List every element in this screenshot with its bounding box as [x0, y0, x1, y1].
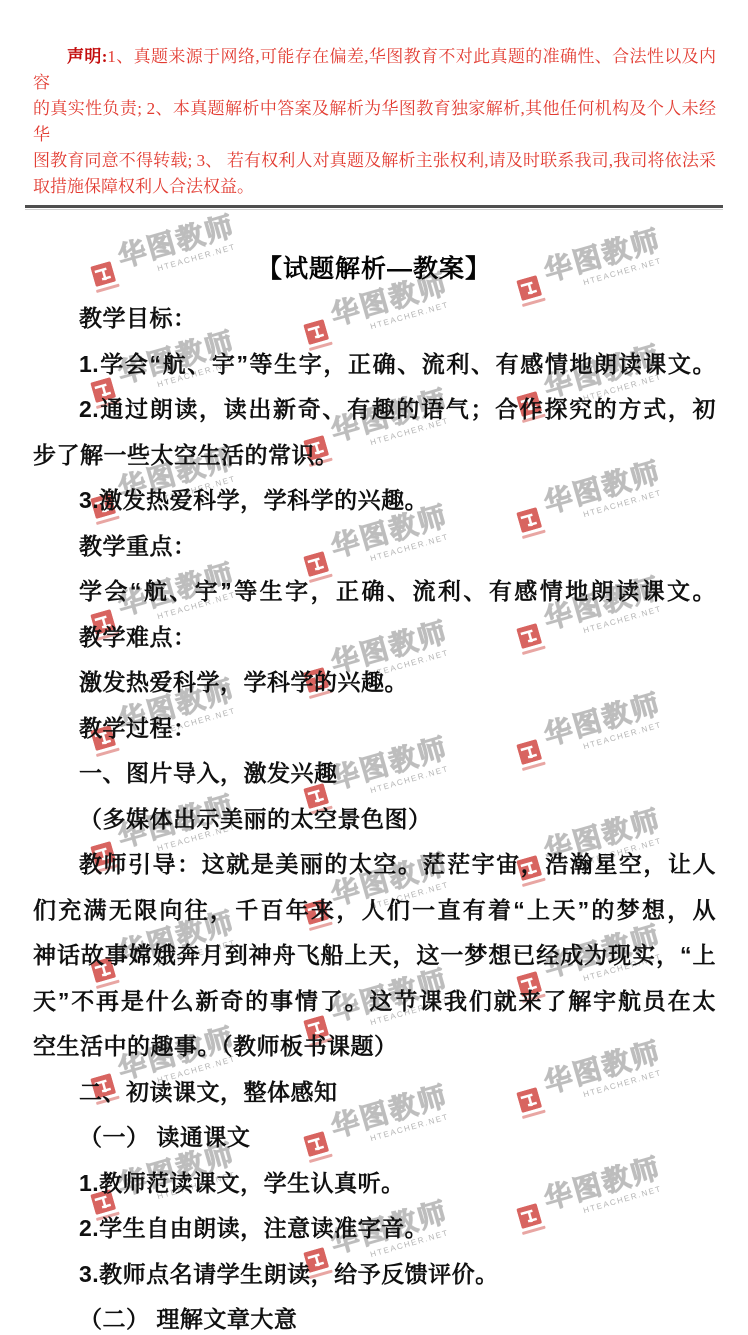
- body-line: 二、初读课文，整体感知: [33, 1070, 716, 1116]
- body-line: （多媒体出示美丽的太空景色图）: [33, 797, 716, 843]
- disclaimer-line: 的真实性负责; 2、本真题解析中答案及解析为华图教育独家解析,其他任何机构及个人…: [33, 96, 716, 148]
- disclaimer-line: 声明:1、真题来源于网络,可能存在偏差,华图教育不对此真题的准确性、合法性以及内…: [33, 44, 716, 96]
- body-line: 教学难点：: [33, 615, 716, 661]
- body-line: 学会“航、宇”等生字，正确、流利、有感情地朗读课文。: [33, 569, 716, 615]
- body-line: 2.通过朗读，读出新奇、有趣的语气；合作探究的方式，初: [33, 387, 716, 433]
- disclaimer-block: 声明:1、真题来源于网络,可能存在偏差,华图教育不对此真题的准确性、合法性以及内…: [33, 44, 716, 200]
- body-line: 2.学生自由朗读，注意读准字音。: [33, 1206, 716, 1252]
- body-line: 教学过程：: [33, 706, 716, 752]
- body-line: 教师引导：这就是美丽的太空。茫茫宇宙，浩瀚星空，让人: [33, 842, 716, 888]
- body-block: 教学目标：1.学会“航、宇”等生字，正确、流利、有感情地朗读课文。2.通过朗读，…: [33, 296, 716, 1335]
- body-line: 们充满无限向往，千百年来，人们一直有着“上天”的梦想，从: [33, 888, 716, 934]
- body-line: 教学目标：: [33, 296, 716, 342]
- disclaimer-line: 图教育同意不得转载; 3、 若有权利人对真题及解析主张权利,请及时联系我司,我司…: [33, 148, 716, 174]
- body-line: 激发热爱科学，学科学的兴趣。: [33, 660, 716, 706]
- disclaimer-label: 声明:: [67, 47, 107, 66]
- body-line: 3.激发热爱科学，学科学的兴趣。: [33, 478, 716, 524]
- body-line: 天”不再是什么新奇的事情了。这节课我们就来了解宇航员在太: [33, 979, 716, 1025]
- body-line: 空生活中的趣事。（教师板书课题）: [33, 1024, 716, 1070]
- section-divider: [25, 205, 723, 210]
- disclaimer-line: 取措施保障权利人合法权益。: [33, 174, 716, 200]
- body-line: 1.学会“航、宇”等生字，正确、流利、有感情地朗读课文。: [33, 342, 716, 388]
- body-line: 1.教师范读课文，学生认真听。: [33, 1161, 716, 1207]
- body-line: 神话故事嫦娥奔月到神舟飞船上天，这一梦想已经成为现实，“上: [33, 933, 716, 979]
- body-line: 3.教师点名请学生朗读，给予反馈评价。: [33, 1252, 716, 1298]
- page-title: 【试题解析—教案】: [0, 252, 748, 286]
- body-line: 一、图片导入，激发兴趣: [33, 751, 716, 797]
- body-line: 步了解一些太空生活的常识。: [33, 433, 716, 479]
- document-content: 声明:1、真题来源于网络,可能存在偏差,华图教育不对此真题的准确性、合法性以及内…: [0, 44, 748, 1335]
- body-line: （一） 读通课文: [33, 1115, 716, 1161]
- body-line: （二） 理解文章大意: [33, 1297, 716, 1335]
- document-page: 华图教师HTEACHER.NET华图教师HTEACHER.NET华图教师HTEA…: [0, 0, 748, 1335]
- body-line: 教学重点：: [33, 524, 716, 570]
